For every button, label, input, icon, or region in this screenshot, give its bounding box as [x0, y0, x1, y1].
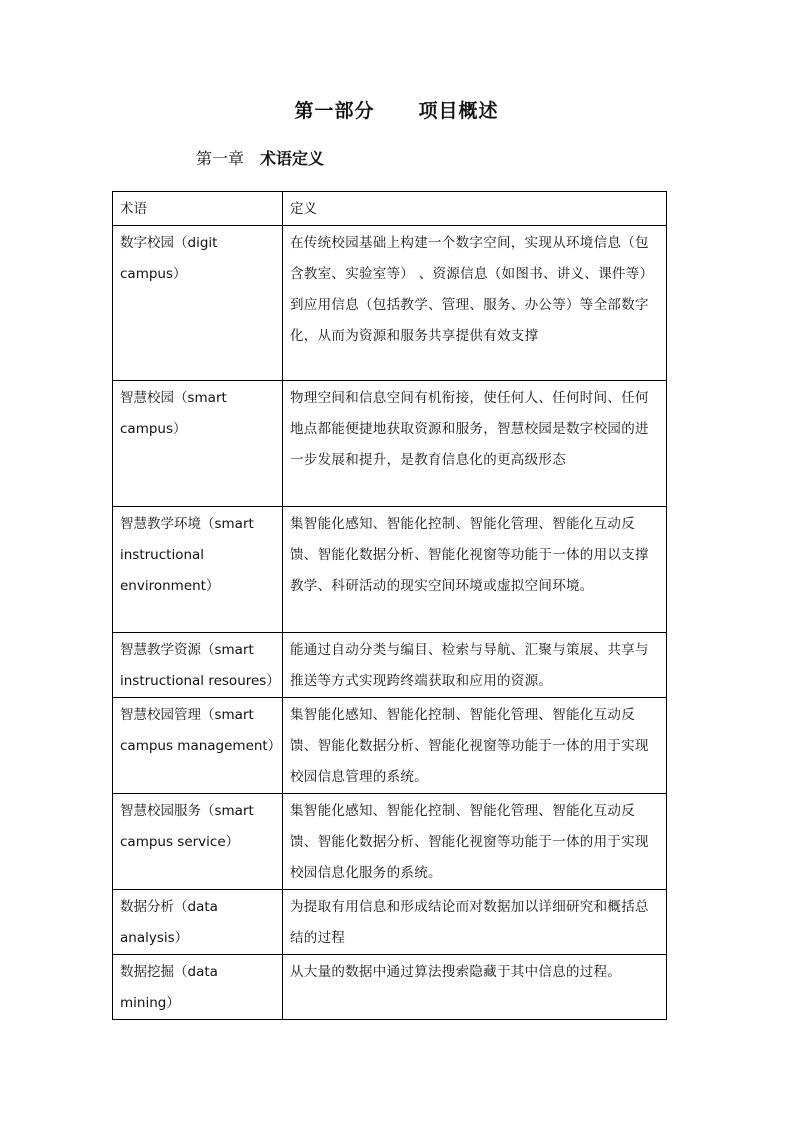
- term-cell: 智慧校园服务（smartcampus service）: [113, 794, 283, 890]
- definition-cell: 物理空间和信息空间有机衔接，使任何人、任何时间、任何地点都能便捷地获取资源和服务…: [283, 381, 667, 507]
- definition-cell: 集智能化感知、智能化控制、智能化管理、智能化互动反馈、智能化数据分析、智能化视窗…: [283, 507, 667, 633]
- table-row: 数字校园（digitcampus）在传统校园基础上构建一个数字空间，实现从环境信…: [113, 226, 667, 381]
- chapter-title: 第一章术语定义: [196, 146, 324, 169]
- term-cell: 智慧教学环境（smartinstructionalenvironment）: [113, 507, 283, 633]
- definition-cell: 为提取有用信息和形成结论而对数据加以详细研究和概括总结的过程: [283, 890, 667, 955]
- part-name: 项目概述: [419, 100, 499, 122]
- term-cell: 数字校园（digitcampus）: [113, 226, 283, 381]
- term-cell: 数据挖掘（datamining）: [113, 955, 283, 1020]
- term-line: environment）: [120, 571, 276, 602]
- term-line: campus service）: [120, 827, 276, 858]
- table-header-row: 术语 定义: [113, 192, 667, 226]
- term-line: campus）: [120, 259, 276, 290]
- terms-table: 术语 定义 数字校园（digitcampus）在传统校园基础上构建一个数字空间，…: [112, 191, 667, 1020]
- table-row: 智慧教学资源（smartinstructional resoures）能通过自动…: [113, 633, 667, 698]
- definition-cell: 集智能化感知、智能化控制、智能化管理、智能化互动反馈、智能化数据分析、智能化视窗…: [283, 794, 667, 890]
- term-cell: 数据分析（dataanalysis）: [113, 890, 283, 955]
- term-line: 智慧校园管理（smart: [120, 700, 276, 731]
- term-line: 智慧校园（smart: [120, 383, 276, 414]
- term-line: 数据挖掘（data: [120, 957, 276, 988]
- term-line: 智慧教学环境（smart: [120, 509, 276, 540]
- term-line: campus management）: [120, 731, 276, 762]
- table-row: 数据挖掘（datamining）从大量的数据中通过算法搜索隐藏于其中信息的过程。: [113, 955, 667, 1020]
- header-term: 术语: [113, 192, 283, 226]
- term-line: instructional: [120, 540, 276, 571]
- definition-cell: 能通过自动分类与编目、检索与导航、汇聚与策展、共享与推送等方式实现跨终端获取和应…: [283, 633, 667, 698]
- term-line: 数字校园（digit: [120, 228, 276, 259]
- definition-cell: 从大量的数据中通过算法搜索隐藏于其中信息的过程。: [283, 955, 667, 1020]
- term-cell: 智慧校园（smartcampus）: [113, 381, 283, 507]
- header-definition: 定义: [283, 192, 667, 226]
- term-cell: 智慧教学资源（smartinstructional resoures）: [113, 633, 283, 698]
- definition-cell: 在传统校园基础上构建一个数字空间，实现从环境信息（包含教室、实验室等） 、资源信…: [283, 226, 667, 381]
- table-row: 智慧校园（smartcampus）物理空间和信息空间有机衔接，使任何人、任何时间…: [113, 381, 667, 507]
- term-line: 数据分析（data: [120, 892, 276, 923]
- term-cell: 智慧校园管理（smartcampus management）: [113, 698, 283, 794]
- term-line: instructional resoures）: [120, 666, 276, 697]
- table-row: 智慧教学环境（smartinstructionalenvironment）集智能…: [113, 507, 667, 633]
- term-line: mining）: [120, 988, 276, 1019]
- term-line: 智慧教学资源（smart: [120, 635, 276, 666]
- part-title: 第一部分项目概述: [0, 96, 793, 123]
- term-line: 智慧校园服务（smart: [120, 796, 276, 827]
- definition-cell: 集智能化感知、智能化控制、智能化管理、智能化互动反馈、智能化数据分析、智能化视窗…: [283, 698, 667, 794]
- chapter-number: 第一章: [196, 149, 244, 168]
- chapter-name: 术语定义: [260, 149, 324, 168]
- term-line: analysis）: [120, 923, 276, 954]
- table-row: 智慧校园管理（smartcampus management）集智能化感知、智能化…: [113, 698, 667, 794]
- table-row: 数据分析（dataanalysis）为提取有用信息和形成结论而对数据加以详细研究…: [113, 890, 667, 955]
- term-line: campus）: [120, 414, 276, 445]
- table-row: 智慧校园服务（smartcampus service）集智能化感知、智能化控制、…: [113, 794, 667, 890]
- part-number: 第一部分: [294, 100, 374, 122]
